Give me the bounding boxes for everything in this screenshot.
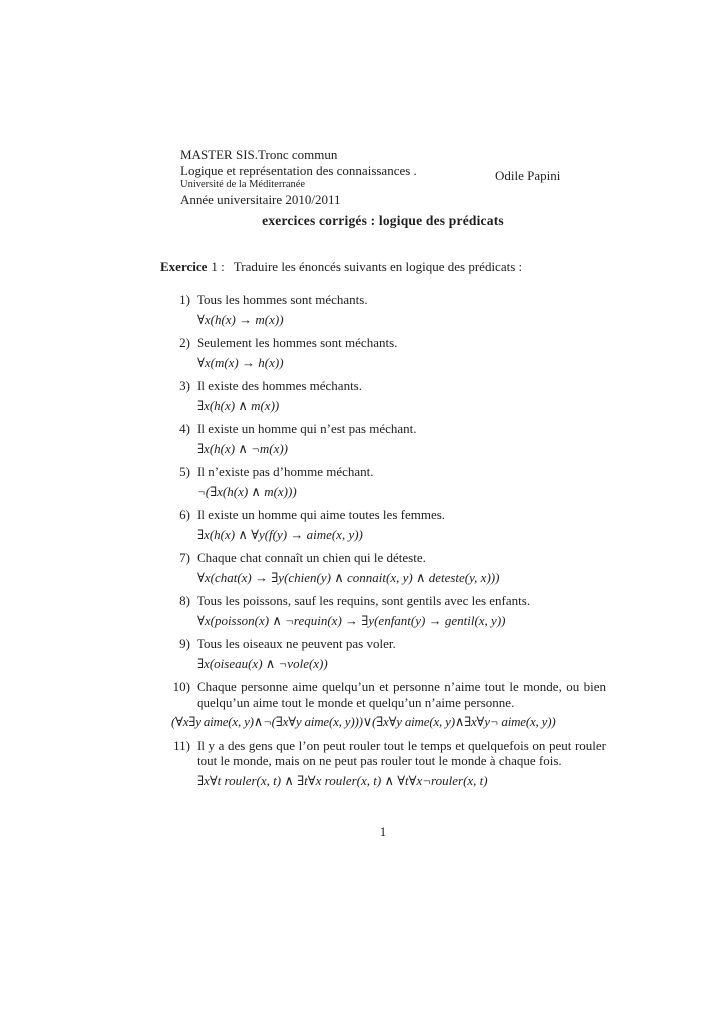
item-number: 11)	[160, 738, 190, 789]
document-title: exercices corrigés : logique des prédica…	[160, 213, 606, 229]
item-body: Il n’existe pas d’homme méchant. ¬(∃x(h(…	[197, 464, 606, 499]
item-formula: ∃x(h(x) ∧ ∀y(f(y) → aime(x, y))	[197, 527, 606, 543]
item-statement: Seulement les hommes sont méchants.	[197, 335, 606, 351]
item-statement: Il n’existe pas d’homme méchant.	[197, 464, 606, 480]
item-body: Il existe un homme qui aime toutes les f…	[197, 507, 606, 542]
item-number: 3)	[160, 378, 190, 413]
item-statement: Chaque chat connaît un chien qui le déte…	[197, 550, 606, 566]
item-statement: Il y a des gens que l’on peut rouler tou…	[197, 738, 606, 769]
item-body: Tous les poissons, sauf les requins, son…	[197, 593, 606, 628]
author-name: Odile Papini	[495, 168, 560, 184]
document-header: MASTER SIS.Tronc commun Logique et repré…	[160, 147, 606, 207]
item-statement: Chaque personne aime quelqu’un et person…	[197, 679, 606, 710]
item-formula: ∃x(h(x) ∧ ¬m(x))	[197, 441, 606, 457]
exercise-label: Exercice	[160, 259, 207, 274]
item-formula: ∀x(poisson(x) ∧ ¬requin(x) → ∃y(enfant(y…	[197, 613, 606, 629]
item-number: 5)	[160, 464, 190, 499]
item-number: 2)	[160, 335, 190, 370]
item-number: 8)	[160, 593, 190, 628]
item-statement: Il existe un homme qui n’est pas méchant…	[197, 421, 606, 437]
item-statement: Tous les poissons, sauf les requins, son…	[197, 593, 606, 609]
exercise-item: 11) Il y a des gens que l’on peut rouler…	[160, 738, 606, 789]
item-number: 1)	[160, 292, 190, 327]
exercise-item: 10) Chaque personne aime quelqu’un et pe…	[160, 679, 606, 730]
exercise-item: 7) Chaque chat connaît un chien qui le d…	[160, 550, 606, 585]
exercise-heading: Exercice1 :Traduire les énoncés suivants…	[160, 259, 606, 275]
exercise-item: 9) Tous les oiseaux ne peuvent pas voler…	[160, 636, 606, 671]
item-formula: ¬(∃x(h(x) ∧ m(x)))	[197, 484, 606, 500]
item-formula: ∃x∀t rouler(x, t) ∧ ∃t∀x rouler(x, t) ∧ …	[197, 773, 606, 789]
page-number: 1	[160, 824, 606, 840]
document-page: MASTER SIS.Tronc commun Logique et repré…	[0, 0, 724, 1024]
item-body: Il y a des gens que l’on peut rouler tou…	[197, 738, 606, 789]
item-formula: ∃x(h(x) ∧ m(x))	[197, 398, 606, 414]
exercise-item: 1) Tous les hommes sont méchants. ∀x(h(x…	[160, 292, 606, 327]
item-statement: Il existe un homme qui aime toutes les f…	[197, 507, 606, 523]
item-body: Seulement les hommes sont méchants. ∀x(m…	[197, 335, 606, 370]
exercise-item: 3) Il existe des hommes méchants. ∃x(h(x…	[160, 378, 606, 413]
item-number: 6)	[160, 507, 190, 542]
exercise-item: 5) Il n’existe pas d’homme méchant. ¬(∃x…	[160, 464, 606, 499]
item-statement: Tous les oiseaux ne peuvent pas voler.	[197, 636, 606, 652]
exercise-items: 1) Tous les hommes sont méchants. ∀x(h(x…	[160, 292, 606, 788]
item-number: 7)	[160, 550, 190, 585]
header-academic-year: Année universitaire 2010/2011	[180, 192, 606, 208]
exercise-item: 2) Seulement les hommes sont méchants. ∀…	[160, 335, 606, 370]
text-block: MASTER SIS.Tronc commun Logique et repré…	[160, 147, 606, 840]
item-statement: Il existe des hommes méchants.	[197, 378, 606, 394]
item-body: Tous les hommes sont méchants. ∀x(h(x) →…	[197, 292, 606, 327]
exercise-item: 6) Il existe un homme qui aime toutes le…	[160, 507, 606, 542]
item-body: Chaque chat connaît un chien qui le déte…	[197, 550, 606, 585]
exercise-item: 4) Il existe un homme qui n’est pas méch…	[160, 421, 606, 456]
item-statement: Tous les hommes sont méchants.	[197, 292, 606, 308]
item-body: Il existe des hommes méchants. ∃x(h(x) ∧…	[197, 378, 606, 413]
item-formula: ∀x(chat(x) → ∃y(chien(y) ∧ connait(x, y)…	[197, 570, 606, 586]
exercise-item: 8) Tous les poissons, sauf les requins, …	[160, 593, 606, 628]
exercise-number: 1 :	[211, 259, 224, 274]
item-body: Il existe un homme qui n’est pas méchant…	[197, 421, 606, 456]
item-formula: (∀x∃y aime(x, y)∧¬(∃x∀y aime(x, y)))∨(∃x…	[171, 714, 606, 730]
header-course: MASTER SIS.Tronc commun	[180, 147, 606, 163]
item-number: 4)	[160, 421, 190, 456]
item-formula: ∃x(oiseau(x) ∧ ¬vole(x))	[197, 656, 606, 672]
item-body: Chaque personne aime quelqu’un et person…	[197, 679, 606, 730]
item-formula: ∀x(h(x) → m(x))	[197, 312, 606, 328]
item-formula: ∀x(m(x) → h(x))	[197, 355, 606, 371]
item-number: 9)	[160, 636, 190, 671]
item-body: Tous les oiseaux ne peuvent pas voler. ∃…	[197, 636, 606, 671]
exercise-intro: Traduire les énoncés suivants en logique…	[234, 259, 522, 274]
